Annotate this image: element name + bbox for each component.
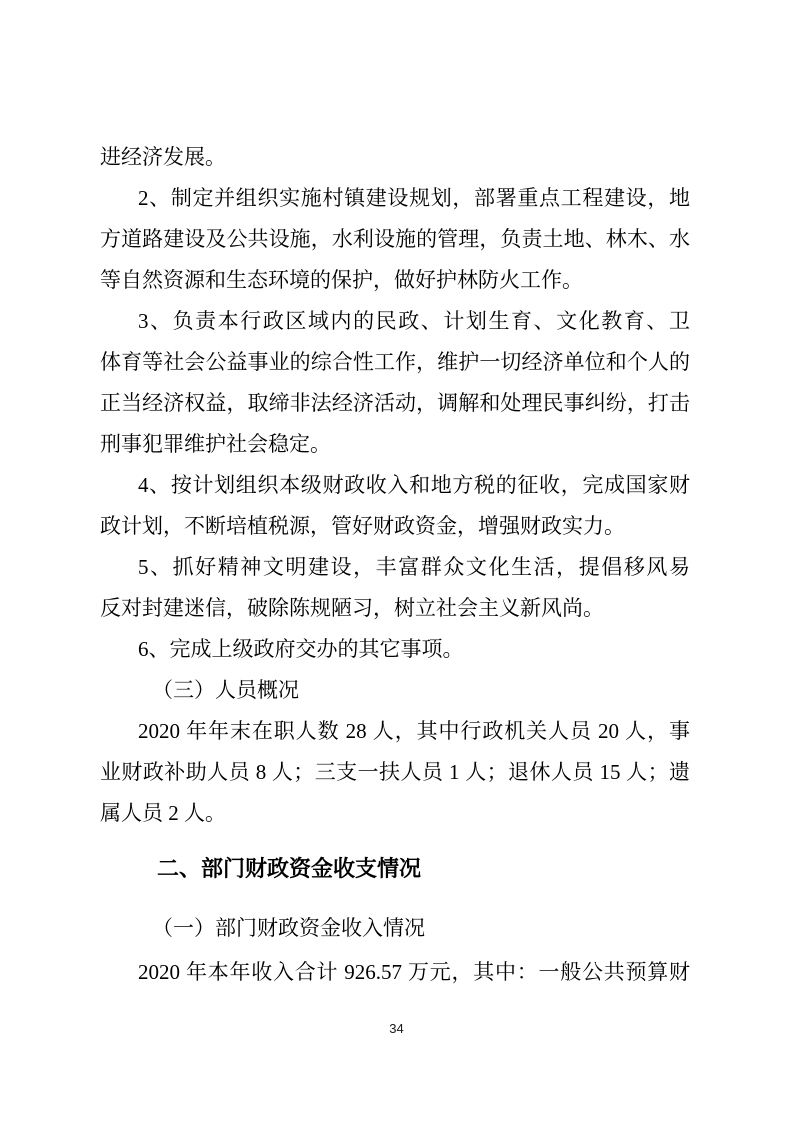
paragraph-line: 属人员 2 人。 (100, 793, 690, 834)
paragraph-line: 2020 年本年收入合计 926.57 万元，其中：一般公共预算财 (100, 952, 690, 993)
subsection-heading: （一）部门财政资金收入情况 (100, 908, 690, 949)
paragraph-line: 2、制定并组织实施村镇建设规划，部署重点工程建设，地 (100, 178, 690, 219)
paragraph-line: 反对封建迷信，破除陈规陋习，树立社会主义新风尚。 (100, 588, 690, 629)
subsection-heading: （三）人员概况 (100, 670, 690, 711)
paragraph-line: 业财政补助人员 8 人；三支一扶人员 1 人；退休人员 15 人；遗 (100, 752, 690, 793)
paragraph-line: 进经济发展。 (100, 137, 690, 178)
paragraph-line: 体育等社会公益事业的综合性工作，维护一切经济单位和个人的 (100, 342, 690, 383)
paragraph-line: 方道路建设及公共设施，水利设施的管理，负责土地、林木、水 (100, 219, 690, 260)
paragraph-line: 6、完成上级政府交办的其它事项。 (100, 629, 690, 670)
paragraph-line: 2020 年年末在职人数 28 人，其中行政机关人员 20 人，事 (100, 711, 690, 752)
paragraph-line: 等自然资源和生态环境的保护，做好护林防火工作。 (100, 260, 690, 301)
paragraph-line: 3、负责本行政区域内的民政、计划生育、文化教育、卫生、 (100, 301, 690, 342)
document-content: 进经济发展。2、制定并组织实施村镇建设规划，部署重点工程建设，地方道路建设及公共… (100, 137, 690, 993)
section-heading: 二、部门财政资金收支情况 (100, 848, 690, 889)
document-page: 进经济发展。2、制定并组织实施村镇建设规划，部署重点工程建设，地方道路建设及公共… (0, 0, 793, 1122)
paragraph-line: 刑事犯罪维护社会稳定。 (100, 424, 690, 465)
paragraph-line: 4、按计划组织本级财政收入和地方税的征收，完成国家财 (100, 465, 690, 506)
paragraph-line: 政计划，不断培植税源，管好财政资金，增强财政实力。 (100, 506, 690, 547)
paragraph-line: 正当经济权益，取缔非法经济活动，调解和处理民事纠纷，打击 (100, 383, 690, 424)
page-number: 34 (0, 1020, 793, 1038)
paragraph-line: 5、抓好精神文明建设，丰富群众文化生活，提倡移风易俗， (100, 547, 690, 588)
